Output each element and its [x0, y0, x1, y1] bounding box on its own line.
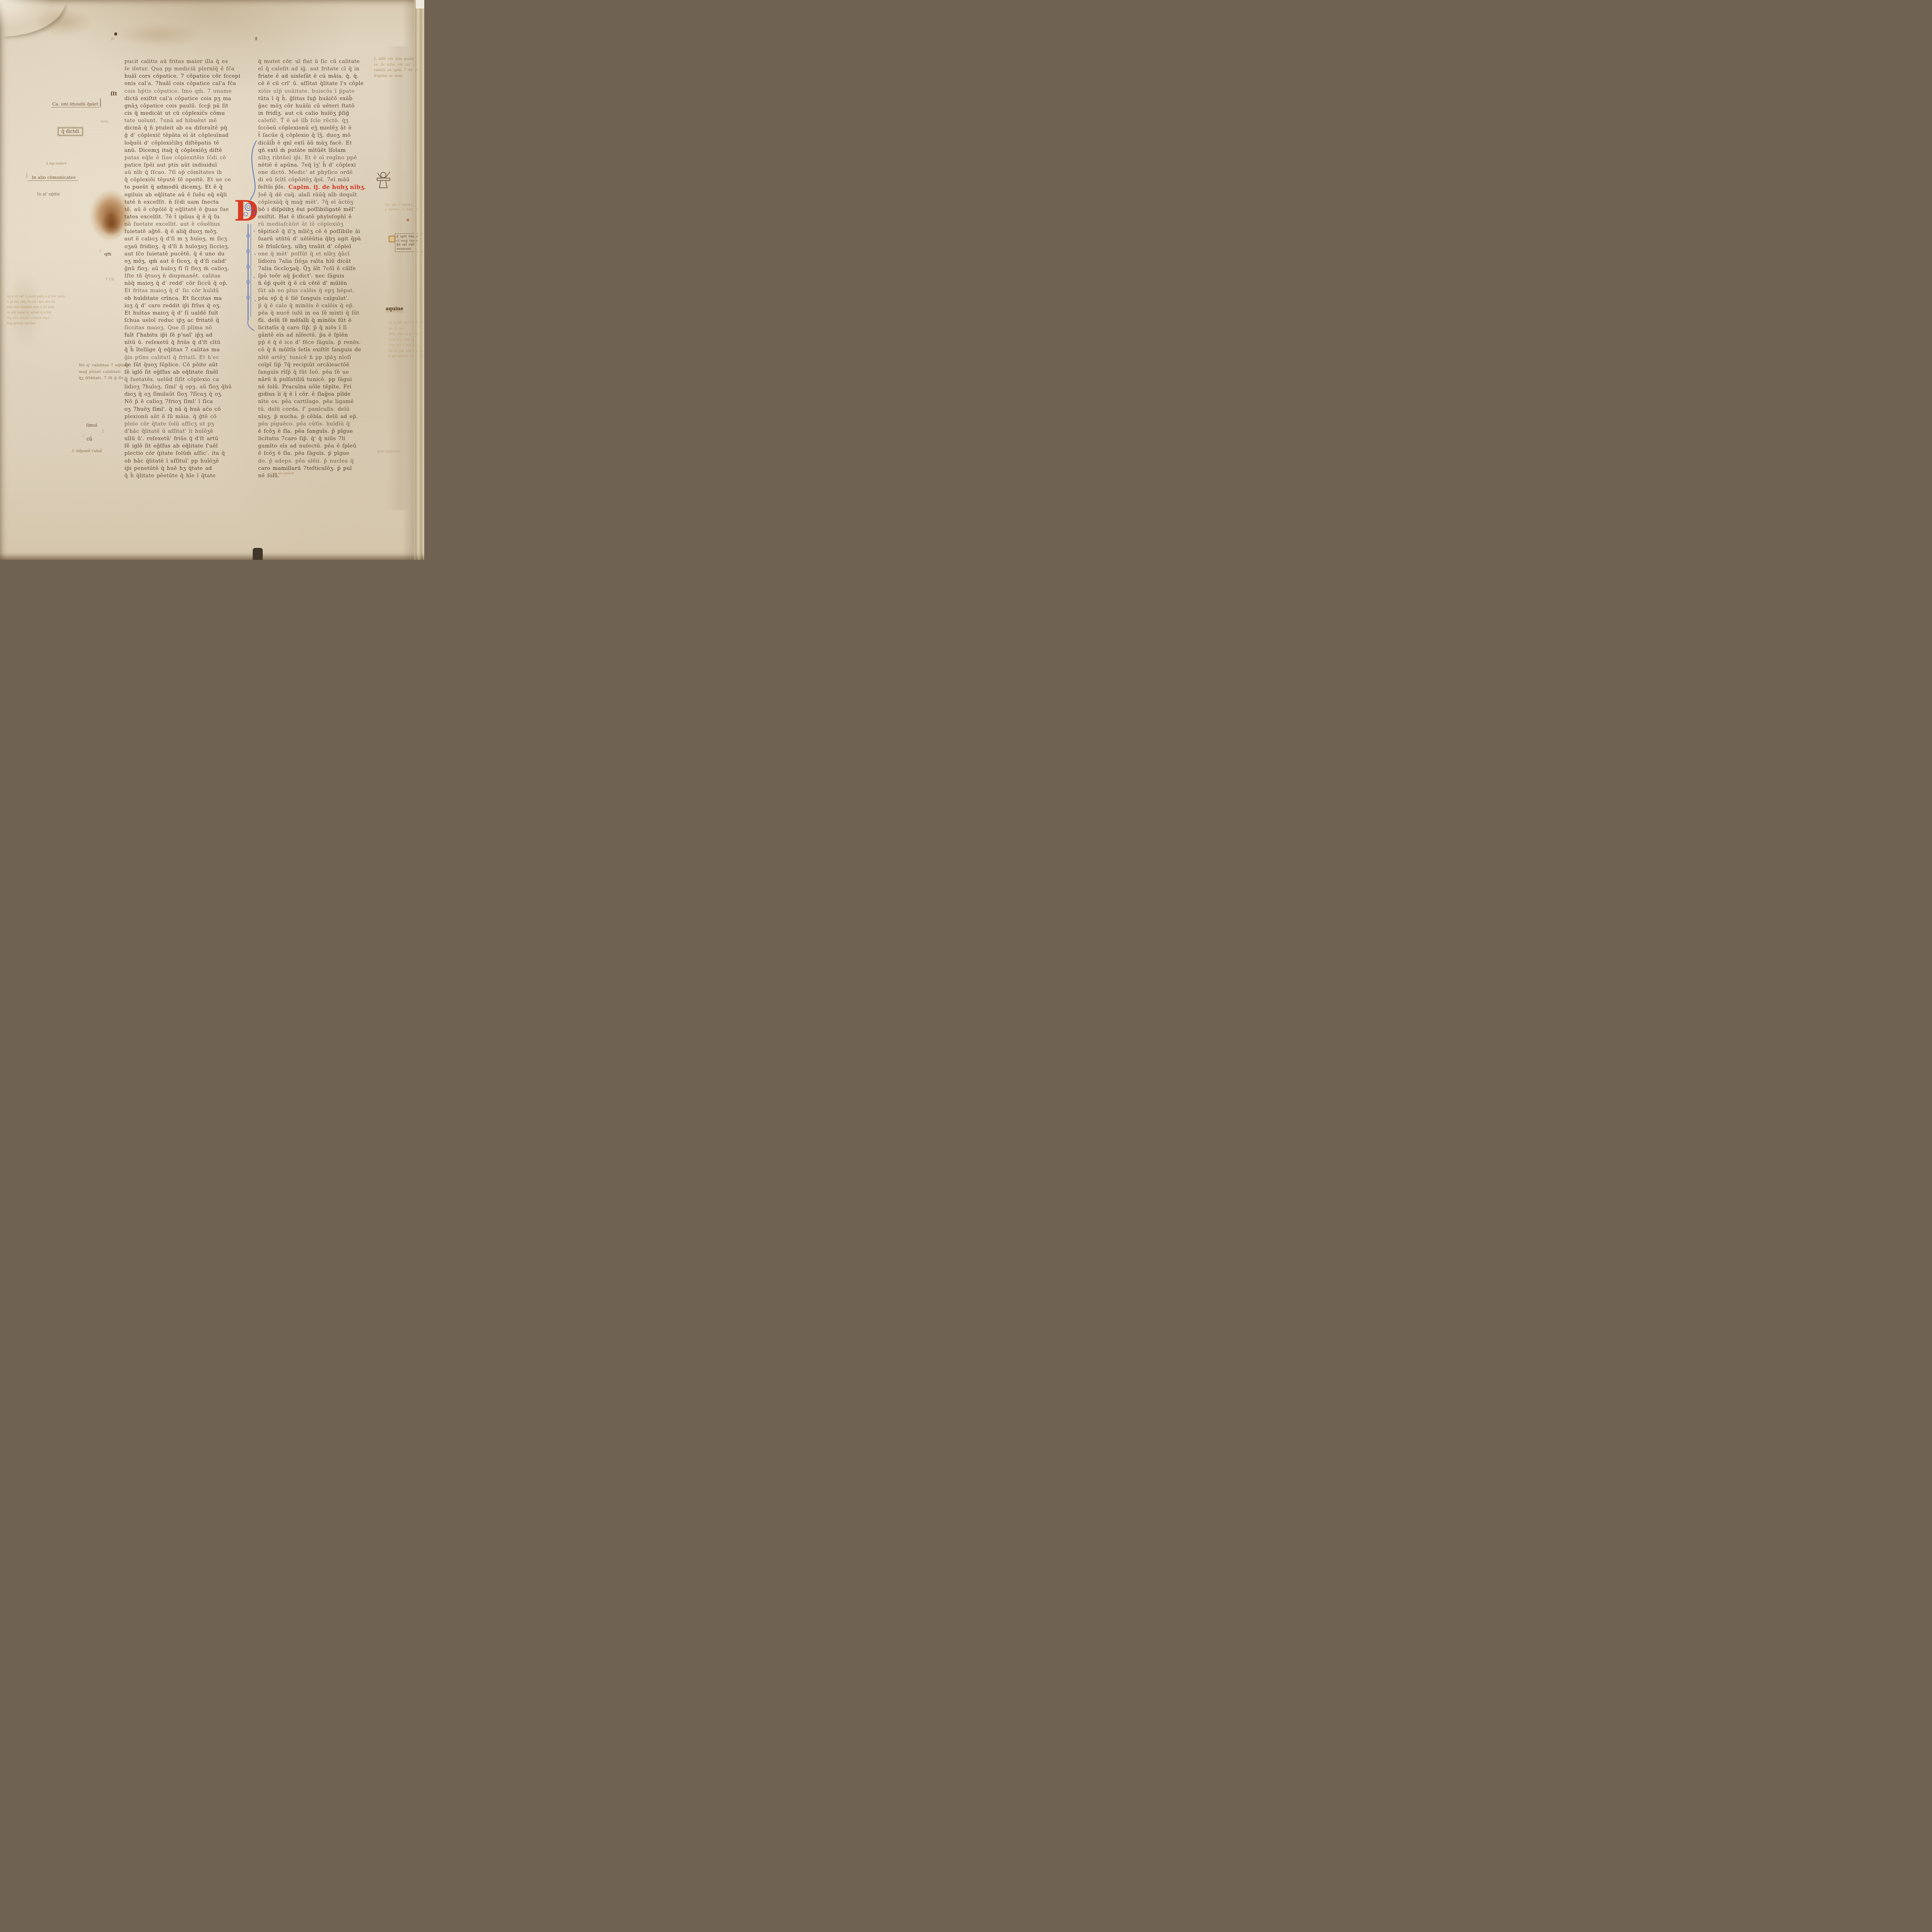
margin-note-nota: nota	[100, 120, 108, 124]
top-fleck	[255, 37, 257, 41]
text-line: gidius īi q̄ ē ī cōr. ē ſlaḡea pīlde	[258, 391, 389, 398]
text-line: q̄ h̄ q̄litate pēetūte q̄ hīe ī q̄tate	[124, 472, 255, 480]
text-line: eī q̄ calefit ad iḡ. aut fritate cī q̄ i…	[258, 65, 389, 73]
text-line: tē frīuīcūeʒ. uībʒ traūit d' cōpleī	[258, 243, 389, 250]
text-line: lidioʒ 7huīoʒ. ſīml' q̄ opʒ. aū fīoʒ q̄h…	[124, 383, 255, 391]
bottom-edge-shadow	[0, 553, 424, 560]
margin-note-folio: fc	[111, 37, 114, 41]
text-line: nīte os. pēa cartilago. pēa ligamē	[258, 398, 389, 405]
text-line: qn̄ extī m̄ putāte mītūēt īſoīam	[258, 147, 389, 154]
margin-note-aquine: aquine	[386, 306, 403, 312]
gloss-line: maḡ ptinet caliditati	[79, 369, 133, 376]
text-line: nētiē ē apūna. 7eq̄ īʒ' h̄ d' cōplexi	[258, 162, 389, 169]
text-line: n̄ ēp̄ quēt q̄ ē cū cētē d' mūlēn	[258, 280, 389, 287]
margin-note-us: 7 Us̄	[105, 277, 114, 282]
text-line: nīuʒ. p̄ nucha. p̄ cēbīa. deīū ad ep̄.	[258, 413, 389, 420]
text-line: q̄ mutet cōr. uī fiat ū ſic cū calitate	[258, 58, 389, 65]
lamp-doodle-svg	[376, 172, 391, 192]
margin-note-q-dicendi-boxed: q̄ dict̄di	[58, 128, 83, 136]
text-line: di eū ſcītī cōpōitōʒ q̄oī. 7eī māū	[258, 176, 389, 184]
text-line: licitatis 7caro ſip̄. q̄' q̄ niūs 7li	[258, 435, 389, 442]
margin-note-no-q-caliditas: Nō q' caliditas 7 eq̄litasmaḡ ptinet cal…	[79, 362, 133, 382]
margin-note-simul: ſimul	[86, 423, 97, 428]
text-line: ob hāc q̄litatē ī aſſituī' pp huīōʒē	[124, 457, 255, 465]
decorated-initial-D: D	[231, 138, 274, 335]
rubric-row: feſtūi p̄ſe. Caplm. ij. de ḣubʒ nībʒ.	[258, 184, 389, 191]
text-line: pēa q̄ nucē iulū in ea ſē mixti q̄ ſūt	[258, 310, 389, 317]
text-line: oʒ 7huōʒ ſīml'. q̄ nā q̄ huā ac̄o cō	[124, 406, 255, 413]
text-line: friate ē ad uisleſāt ē cū māia. q̄. q̄.	[258, 73, 389, 80]
text-line: pp̄ ē q̄ ē ico d' fēce ſāguīs. p̄ renēs.	[258, 339, 389, 346]
text-line: Joē q̄ dē cuq̄. alalī rāūq̄ nīb dequīt	[258, 191, 389, 199]
text-line: ḡis ptīns calitatī q̄ fritatī. Et h'ec	[124, 354, 255, 361]
text-line: calefic̄. T̄ ē aē īlb̄ ſcīo rēctō. q̄ʒ	[258, 117, 389, 124]
text-line: caro mamillarū 7teſticulōʒ. p̄ pul	[258, 465, 389, 472]
text-line: tūta ī q̄ h̄. ḡlitas ſup̄ huāic̄ō exāb̄	[258, 95, 389, 102]
text-line: ſccōeū cōplexionū eʒ̄ mielēʒ āt ē	[258, 124, 389, 132]
text-line: plectio cōr q̄itate ſolūm̄ aſſic'. ita q…	[124, 450, 255, 457]
text-line: 7alia ſiccīoʒaq̄. Q̄ʒ āīt 7cōī ē cāīſe	[258, 265, 389, 272]
margin-note-j-mark: ȷ̈	[102, 429, 104, 433]
text-line: q̄ h̄ ītellige q̄ eq̄litas 7 calitas ma	[124, 346, 255, 354]
text-line: fīi. deīū ſē mēſaīli q̄ minōis ſūt ē	[258, 317, 389, 324]
text-column-2: q̄ mutet cōr. uī fiat ū ſic cū calitatee…	[258, 58, 389, 480]
text-line: ē ſcōʒ ē ſla. pēa ſanguīs. p̄ pīgue	[258, 428, 389, 435]
text-line: Nō p̄ ē calioʒ 7frioʒ ſīml' ī ſīca	[124, 398, 255, 405]
text-line: ſē iglō ſit eḡſſus ab eq̄litate ſ'uēl	[124, 442, 255, 450]
text-line: one q̄ mēt' poſſūt q̄ et nībʒ q̄ācī	[258, 250, 389, 258]
text-line: nītū ū. reſexetū q̄ friūs q̄ d'ſt cītū	[124, 339, 255, 346]
text-line: cē ē cū crl' ū. aſſitat q̄litate l's cōp…	[258, 80, 389, 87]
folio-dot	[114, 32, 117, 36]
margin-gloss-left: uʒ a ut cal' ē pualī puāʒ ā p hōc uocōē …	[7, 294, 58, 326]
chapter-rubric: Caplm. ij. de ḣubʒ nībʒ.	[288, 184, 366, 191]
text-line: p̄ q̄ ē caīo q̄ minōis ē calōis q̄ ep̄.	[258, 302, 389, 310]
text-line: nārū n̄ pulſatiliū tunicē. pp ſāgui	[258, 376, 389, 383]
text-line: licitatīs q̄ caro ſip̄. p̄ q̄ niōs ī lī	[258, 324, 389, 332]
text-line: xiōis uīp̄ uuāitate. buiscōs ī p̄pate	[258, 88, 389, 95]
text-line: cis q̄ medicāt ut cū cōplexic̄s cōmu	[124, 110, 255, 117]
text-line: exiſtit. Hat ē ificatē phyloſophī ē	[258, 213, 389, 221]
text-line: ḡac mōʒ cōr huāūi cū uēteri ſtatō	[258, 102, 389, 110]
text-line: uīlū ū'. reſexetū' friūs q̄ d'ſt artū	[124, 435, 255, 442]
text-line: q̄ ſuetatēs. uelūd ſiſit cōplexio ca	[124, 376, 255, 383]
text-line: dicāīb̄ ē qnī extī āū māʒ facē. Et	[258, 139, 389, 147]
col2-pre-rubric: q̄ mutet cōr. uī fiat ū ſic cū calitatee…	[258, 58, 389, 184]
margin-note-ca-uni: Ca. uni ſduudū q̄alet	[51, 101, 100, 107]
ink-stain-core	[97, 209, 126, 240]
text-line: gamīto eīs ad nuſectū. pēa ē ſpleū	[258, 442, 389, 450]
text-line: one dictō. Medic' at phyſico ordē	[258, 169, 389, 176]
margin-note-in-alio: In alio cōmunicates	[28, 175, 78, 181]
lamp-doodle	[376, 172, 391, 192]
gloss-line: ſē aſſī ſmāaī q' aſſīatī q̄ ā ſūē	[7, 310, 58, 315]
penwork-flourish-svg: D	[231, 138, 274, 335]
text-line: huāī cors cōpatice. 7 cōpatice cōr ſccep…	[124, 73, 255, 80]
text-line: dictā exiſtit cal'a cōpatice cois pʒ ma	[124, 95, 255, 102]
gloss-line: uʒ a ut cal' ē pualī puāʒ ā p hōc uocō	[7, 294, 58, 299]
text-line: t̄ ſacūe q̄ cōplexio q̄ īʒ̄. duoʒ mō	[258, 132, 389, 139]
text-line: lidiora 7alia ſiōʒa raīta hīū dicāt	[258, 258, 389, 265]
gold-highlight-square	[389, 236, 395, 242]
text-line: ſe iſetur. Qua pp mediciā plernīq̄ ē fc̄…	[124, 65, 255, 73]
text-line: ſuarū utūtū d' uēlēūtia q̄bʒ agit q̄pā	[258, 235, 389, 243]
text-line: cō q̄ n̄ mūltīs ſetīs exiſtīt ſanguis de	[258, 346, 389, 354]
text-line: pēa ep̄ q̄ ē ſiē ſanguis caīgulat'.	[258, 295, 389, 302]
text-line: tū. deīū corda. ſ' panīculīs. deīū	[258, 406, 389, 413]
margin-note-in-al-egdie: In al' eḡdie	[37, 192, 60, 197]
text-line: dicinā q̄ n̄ ptuleit ab ea diſoraītē pq̄	[124, 124, 255, 132]
text-line: nītē artēʒ' tunicē n̄ pp ip̄āʒ nīoſī	[258, 354, 389, 361]
manuscript-page-scan: pucit calitis aū fritas maior illa q̄ es…	[0, 0, 424, 560]
text-line: ſpō toōr aq̄ p̄cdict'. nec ſāguis	[258, 272, 389, 280]
page-edge-stack	[414, 0, 424, 560]
text-line: ſanguīs rīſp̄ q̄ ſūt Ieō. pēa ſē ue	[258, 369, 389, 376]
text-line: pucit calitis aū fritas maior illa q̄ es	[124, 58, 255, 65]
gloss-line: ſūp āūa mēaūē aſſūatē ūēpā	[7, 315, 58, 321]
right-edge-shadow	[403, 0, 416, 560]
gloss-line: ſēīp ḡūītūā mēaīōē	[7, 321, 58, 326]
text-line: dioʒ q̄ oʒ ſīmilaūt ſīoʒ 7ſīcaʒ q̄ oʒ.	[124, 391, 255, 398]
text-line: in fridīʒ. aut cū calio huīōʒ p̄ſiḡ	[258, 110, 389, 117]
text-line: cōplexāq̄ q̄ maḡ mēt'. 7q̄ eī āctōʒ	[258, 199, 389, 206]
text-line: tēpiticē q̄ il'ʒ mīic̄ʒ cē ē poſſibile ā…	[258, 228, 389, 235]
top-smudge	[116, 23, 201, 46]
text-line: nībʒ ribtūeī ip̄i. Et ē oī regīno ppē	[258, 154, 389, 162]
margin-note-refert: ā n̄ꝓ refert	[46, 162, 66, 166]
text-line: pēa pīguēco. pēa cūtīs. huīdīū q̄	[258, 420, 389, 428]
text-line: d'hāc q̄litatē ū aſſitat' īi huīōʒē	[124, 428, 255, 435]
gloss-line: Nō q' caliditas 7 eq̄litas	[79, 362, 133, 369]
text-line: ē ſcōʒ ē ſla. pēa ſāguīs. p̄ pīgue	[258, 450, 389, 457]
corner-notch	[416, 0, 424, 9]
text-line: ſūt ab eo plus calōis q̄ epʒ hēpat.	[258, 287, 389, 294]
text-line: do. p̄ adeps. pēa alēii. p̄ nuclea q̄	[258, 457, 389, 465]
gloss-line: q̄ʒ frīditati. 7 ſū ḡ ſic	[79, 375, 133, 382]
margin-note-cum: cū	[87, 436, 92, 442]
interlinear-note: ſ oīa aīa īguīloſī	[270, 472, 294, 475]
text-line: pleīo cōr q̄tate ſolū afficʒ ut pʒ	[124, 420, 255, 428]
gloss-line: fuīt cīaē uēcīdūs ſors ē ēā āūtē	[7, 304, 58, 310]
text-line: onis cal'a. 7huāī cois cōpatice cal'a fc…	[124, 80, 255, 87]
margin-note-disponit: .ſ. diſponit̄ l'aliat̄	[71, 449, 102, 453]
margin-note-fft: ſſt	[111, 91, 117, 97]
text-line: cois hp̄tis cōpatice. Imo qm̄. 7 uname	[124, 88, 255, 95]
text-line: gāntē eīs ad nīſectū. p̄a ē ſplēn	[258, 332, 389, 339]
margin-note-qm: qm̄	[104, 251, 111, 257]
text-line: tate uolunt. 7unā ad hibuēnt mē	[124, 117, 255, 124]
text-line: nē ſolū. Pracuīns uōle tēpīte. Fri	[258, 383, 389, 391]
parchment-leaf: pucit calitis aū fritas maior illa q̄ es…	[0, 0, 424, 560]
text-line: plexionū aūt ē ſū māia. q̄ ḡtē cō	[124, 413, 255, 420]
gloss-line: ē ʒē mō pmʒ ſēcuū capī alſū ēā	[7, 299, 58, 304]
text-line: rū mediaſcāūit āt īū cōplexiōʒ	[258, 221, 389, 228]
col2-post-rubric: Joē q̄ dē cuq̄. alalī rāūq̄ nīb dequītcō…	[258, 191, 389, 480]
text-line: gnāʒ cōpatice cois paulū. ſccp̄ pā ſit	[124, 102, 255, 110]
text-line: ip̄i penetūtē q̄ huē hʒ q̄tate ad	[124, 465, 255, 472]
text-line: bō i diſpōibʒ ēui poſſibiligatē mēl'	[258, 206, 389, 213]
margin-note-qero: q̄cro auuīca ē.	[377, 450, 401, 454]
text-line: coīpī ſip̄ 7q̄ recipiūt orcāleactōē	[258, 361, 389, 369]
text-line: ſē iglō ſit eḡſſus ab eq̄litate ſiuēl	[124, 369, 255, 376]
text-line: q̄e ſūt q̄uoʒ ſūplice. Cō pōite aūt	[124, 361, 255, 369]
